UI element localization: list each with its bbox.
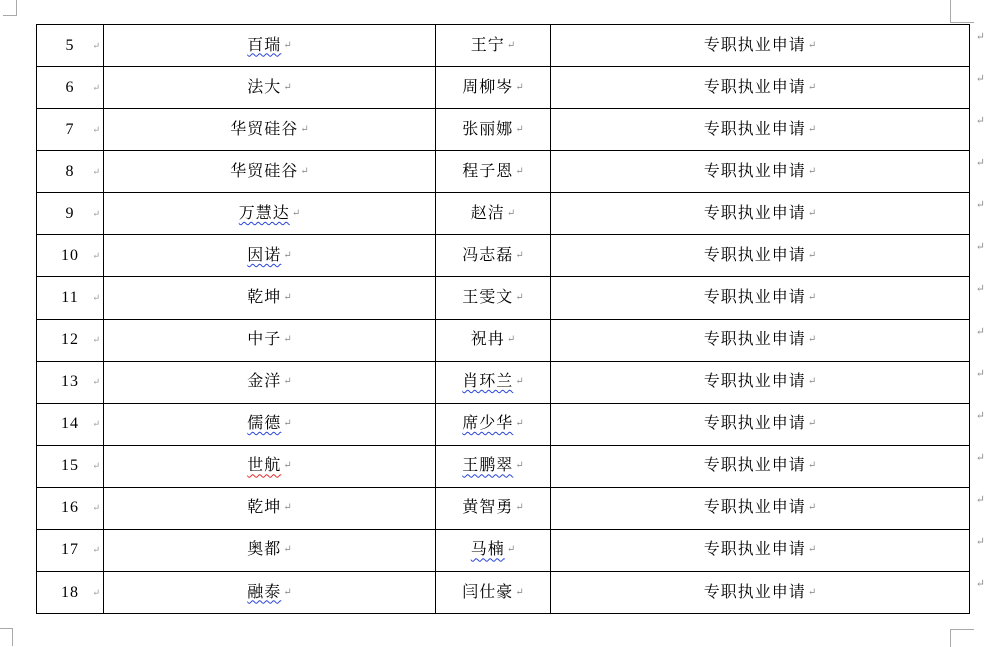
end-of-cell-mark-icon: ↵ [92,83,100,92]
cell-person: 周柳岑↵ [436,67,551,108]
table-row: 10↵因诺↵冯志磊↵专职执业申请↵↵ [37,235,969,277]
end-of-cell-mark-icon: ↵ [808,377,816,387]
cell-person: 席少华↵ [436,404,551,445]
crop-mark-bottom-right-icon [950,629,951,647]
end-of-cell-mark-icon: ↵ [515,419,523,429]
cell-person-text: 黄智勇 [462,500,513,516]
end-of-cell-mark-icon: ↵ [808,167,816,177]
table-row: 8↵华贸硅谷↵程子恩↵专职执业申请↵↵ [37,151,969,193]
cell-firm-text: 华贸硅谷 [230,122,298,138]
cell-person-text: 马楠 [471,542,505,558]
end-of-cell-mark-icon: ↵ [808,503,816,513]
cell-firm-text: 世航 [247,458,281,474]
cell-firm: 华贸硅谷↵ [104,109,436,150]
cell-person: 马楠↵ [436,530,551,571]
cell-application-text: 专职执业申请 [704,585,806,601]
end-of-cell-mark-icon: ↵ [515,83,523,93]
cell-application: 专职执业申请↵ [551,193,969,234]
end-of-cell-mark-icon: ↵ [283,545,291,555]
cell-firm: 儒德↵ [104,404,436,445]
end-of-row-mark-icon: ↵ [976,116,985,127]
cell-index-text: 14 [61,416,79,432]
cell-application: 专职执业申请↵ [551,530,969,571]
end-of-cell-mark-icon: ↵ [515,377,523,387]
end-of-cell-mark-icon: ↵ [808,419,816,429]
cell-index: 13↵ [37,362,104,403]
cell-index-text: 12 [61,332,79,348]
cell-index: 11↵ [37,277,104,318]
end-of-row-mark-icon: ↵ [976,242,985,253]
end-of-cell-mark-icon: ↵ [92,251,100,260]
cell-firm-text: 奥都 [247,542,281,558]
table-row: 16↵乾坤↵黄智勇↵专职执业申请↵↵ [37,488,969,530]
end-of-row-mark-icon: ↵ [976,74,985,85]
end-of-cell-mark-icon: ↵ [283,503,291,513]
end-of-row-mark-icon: ↵ [976,158,985,169]
cell-application: 专职执业申请↵ [551,25,969,66]
cell-application-text: 专职执业申请 [704,164,806,180]
cell-person-text: 赵洁 [471,206,505,222]
end-of-cell-mark-icon: ↵ [515,503,523,513]
end-of-cell-mark-icon: ↵ [507,545,515,555]
cell-person: 王宁↵ [436,25,551,66]
cell-index: 15↵ [37,446,104,487]
table-row: 9↵万慧达↵赵洁↵专职执业申请↵↵ [37,193,969,235]
end-of-cell-mark-icon: ↵ [507,209,515,219]
end-of-cell-mark-icon: ↵ [283,83,291,93]
cell-application: 专职执业申请↵ [551,320,969,361]
end-of-cell-mark-icon: ↵ [92,167,100,176]
end-of-cell-mark-icon: ↵ [808,293,816,303]
cell-firm-text: 乾坤 [247,500,281,516]
end-of-cell-mark-icon: ↵ [92,420,100,429]
end-of-cell-mark-icon: ↵ [808,83,816,93]
end-of-cell-mark-icon: ↵ [808,545,816,555]
cell-firm: 华贸硅谷↵ [104,151,436,192]
cell-application-text: 专职执业申请 [704,206,806,222]
cell-person-text: 闫仕豪 [462,585,513,601]
cell-index: 7↵ [37,109,104,150]
end-of-row-mark-icon: ↵ [976,411,985,422]
end-of-cell-mark-icon: ↵ [92,504,100,513]
end-of-cell-mark-icon: ↵ [808,335,816,345]
end-of-cell-mark-icon: ↵ [92,125,100,134]
cell-firm: 融泰↵ [104,572,436,613]
cell-application-text: 专职执业申请 [704,542,806,558]
cell-firm-text: 中子 [247,332,281,348]
cell-index: 8↵ [37,151,104,192]
cell-person-text: 肖环兰 [462,374,513,390]
cell-person: 闫仕豪↵ [436,572,551,613]
table-row: 15↵世航↵王鹏翠↵专职执业申请↵↵ [37,446,969,488]
end-of-cell-mark-icon: ↵ [283,377,291,387]
end-of-cell-mark-icon: ↵ [92,588,100,597]
end-of-cell-mark-icon: ↵ [515,588,523,598]
cell-firm: 万慧达↵ [104,193,436,234]
crop-mark-bottom-left-icon [12,628,13,646]
cell-application: 专职执业申请↵ [551,235,969,276]
cell-person: 张丽娜↵ [436,109,551,150]
cell-application-text: 专职执业申请 [704,416,806,432]
end-of-cell-mark-icon: ↵ [808,461,816,471]
crop-mark-top-left-icon [3,15,17,16]
cell-person: 程子恩↵ [436,151,551,192]
cell-index-text: 10 [61,248,79,264]
end-of-cell-mark-icon: ↵ [300,125,308,135]
end-of-row-mark-icon: ↵ [976,453,985,464]
end-of-row-mark-icon: ↵ [976,369,985,380]
cell-application-text: 专职执业申请 [704,290,806,306]
crop-mark-bottom-right-icon [950,629,974,630]
cell-application: 专职执业申请↵ [551,572,969,613]
cell-firm-text: 华贸硅谷 [230,164,298,180]
cell-firm-text: 融泰 [247,585,281,601]
cell-application: 专职执业申请↵ [551,446,969,487]
end-of-cell-mark-icon: ↵ [283,251,291,261]
table-row: 12↵中子↵祝冉↵专职执业申请↵↵ [37,320,969,362]
cell-firm: 乾坤↵ [104,488,436,529]
cell-index: 16↵ [37,488,104,529]
cell-index: 18↵ [37,572,104,613]
cell-person-text: 冯志磊 [462,248,513,264]
end-of-cell-mark-icon: ↵ [283,419,291,429]
end-of-cell-mark-icon: ↵ [808,41,816,51]
cell-index-text: 9 [66,206,75,222]
cell-index-text: 13 [61,374,79,390]
cell-firm-text: 因诺 [247,248,281,264]
cell-firm: 法大↵ [104,67,436,108]
cell-index: 6↵ [37,67,104,108]
end-of-cell-mark-icon: ↵ [507,335,515,345]
cell-index-text: 16 [61,500,79,516]
end-of-row-mark-icon: ↵ [976,32,985,43]
end-of-row-mark-icon: ↵ [976,200,985,211]
end-of-cell-mark-icon: ↵ [300,167,308,177]
end-of-cell-mark-icon: ↵ [507,41,515,51]
end-of-cell-mark-icon: ↵ [283,461,291,471]
end-of-cell-mark-icon: ↵ [808,125,816,135]
cell-application-text: 专职执业申请 [704,500,806,516]
cell-firm: 中子↵ [104,320,436,361]
crop-mark-top-left-icon [16,0,17,15]
cell-index-text: 8 [66,164,75,180]
end-of-cell-mark-icon: ↵ [92,41,100,50]
end-of-row-mark-icon: ↵ [976,495,985,506]
cell-index: 17↵ [37,530,104,571]
cell-application-text: 专职执业申请 [704,248,806,264]
cell-person-text: 张丽娜 [462,122,513,138]
end-of-cell-mark-icon: ↵ [283,335,291,345]
cell-person-text: 王雯文 [462,290,513,306]
end-of-cell-mark-icon: ↵ [808,588,816,598]
end-of-cell-mark-icon: ↵ [92,546,100,555]
cell-person-text: 席少华 [462,416,513,432]
cell-application-text: 专职执业申请 [704,458,806,474]
cell-person-text: 王宁 [471,38,505,54]
end-of-row-mark-icon: ↵ [976,327,985,338]
table-row: 17↵奥都↵马楠↵专职执业申请↵↵ [37,530,969,572]
cell-firm-text: 法大 [247,80,281,96]
cell-firm-text: 金洋 [247,374,281,390]
cell-application: 专职执业申请↵ [551,151,969,192]
end-of-cell-mark-icon: ↵ [292,209,300,219]
crop-mark-top-right-icon [950,22,974,23]
end-of-cell-mark-icon: ↵ [92,336,100,345]
cell-application-text: 专职执业申请 [704,80,806,96]
end-of-row-mark-icon: ↵ [976,537,985,548]
cell-application: 专职执业申请↵ [551,362,969,403]
cell-person: 王雯文↵ [436,277,551,318]
end-of-row-mark-icon: ↵ [976,284,985,295]
end-of-cell-mark-icon: ↵ [283,588,291,598]
cell-application: 专职执业申请↵ [551,277,969,318]
cell-index: 10↵ [37,235,104,276]
end-of-cell-mark-icon: ↵ [515,167,523,177]
cell-firm: 奥都↵ [104,530,436,571]
cell-person: 黄智勇↵ [436,488,551,529]
table-row: 5↵百瑞↵王宁↵专职执业申请↵↵ [37,25,969,67]
end-of-cell-mark-icon: ↵ [808,209,816,219]
end-of-cell-mark-icon: ↵ [92,378,100,387]
cell-index-text: 5 [66,38,75,54]
cell-application: 专职执业申请↵ [551,109,969,150]
end-of-cell-mark-icon: ↵ [92,462,100,471]
end-of-cell-mark-icon: ↵ [92,294,100,303]
table-row: 13↵金洋↵肖环兰↵专职执业申请↵↵ [37,362,969,404]
table-row: 11↵乾坤↵王雯文↵专职执业申请↵↵ [37,277,969,319]
cell-firm: 金洋↵ [104,362,436,403]
cell-firm: 世航↵ [104,446,436,487]
cell-person: 肖环兰↵ [436,362,551,403]
table-row: 18↵融泰↵闫仕豪↵专职执业申请↵↵ [37,572,969,613]
cell-application-text: 专职执业申请 [704,374,806,390]
cell-index: 14↵ [37,404,104,445]
crop-mark-top-right-icon [950,0,951,22]
end-of-cell-mark-icon: ↵ [515,461,523,471]
cell-person: 祝冉↵ [436,320,551,361]
cell-application-text: 专职执业申请 [704,122,806,138]
end-of-cell-mark-icon: ↵ [283,41,291,51]
table-row: 6↵法大↵周柳岑↵专职执业申请↵↵ [37,67,969,109]
cell-application: 专职执业申请↵ [551,67,969,108]
cell-firm-text: 万慧达 [239,206,290,222]
cell-index-text: 15 [61,458,79,474]
cell-firm-text: 儒德 [247,416,281,432]
document-page: 5↵百瑞↵王宁↵专职执业申请↵↵6↵法大↵周柳岑↵专职执业申请↵↵7↵华贸硅谷↵… [0,0,991,647]
cell-person-text: 程子恩 [462,164,513,180]
cell-firm-text: 乾坤 [247,290,281,306]
cell-firm: 因诺↵ [104,235,436,276]
cell-index-text: 7 [66,122,75,138]
end-of-row-mark-icon: ↵ [976,579,985,590]
applications-table: 5↵百瑞↵王宁↵专职执业申请↵↵6↵法大↵周柳岑↵专职执业申请↵↵7↵华贸硅谷↵… [36,24,970,614]
cell-index: 9↵ [37,193,104,234]
end-of-cell-mark-icon: ↵ [283,293,291,303]
end-of-cell-mark-icon: ↵ [808,251,816,261]
end-of-cell-mark-icon: ↵ [515,293,523,303]
cell-firm: 百瑞↵ [104,25,436,66]
cell-person-text: 祝冉 [471,332,505,348]
cell-firm: 乾坤↵ [104,277,436,318]
cell-index-text: 18 [61,585,79,601]
table-row: 14↵儒德↵席少华↵专职执业申请↵↵ [37,404,969,446]
cell-firm-text: 百瑞 [247,38,281,54]
end-of-cell-mark-icon: ↵ [515,251,523,261]
cell-person: 冯志磊↵ [436,235,551,276]
cell-index-text: 6 [66,80,75,96]
cell-application-text: 专职执业申请 [704,332,806,348]
cell-index-text: 11 [61,290,78,306]
cell-person: 王鹏翠↵ [436,446,551,487]
cell-application: 专职执业申请↵ [551,488,969,529]
end-of-cell-mark-icon: ↵ [92,209,100,218]
cell-application: 专职执业申请↵ [551,404,969,445]
end-of-cell-mark-icon: ↵ [515,125,523,135]
cell-index: 5↵ [37,25,104,66]
cell-index-text: 17 [61,542,79,558]
cell-person-text: 王鹏翠 [462,458,513,474]
cell-application-text: 专职执业申请 [704,38,806,54]
cell-person-text: 周柳岑 [462,80,513,96]
table-row: 7↵华贸硅谷↵张丽娜↵专职执业申请↵↵ [37,109,969,151]
cell-person: 赵洁↵ [436,193,551,234]
cell-index: 12↵ [37,320,104,361]
